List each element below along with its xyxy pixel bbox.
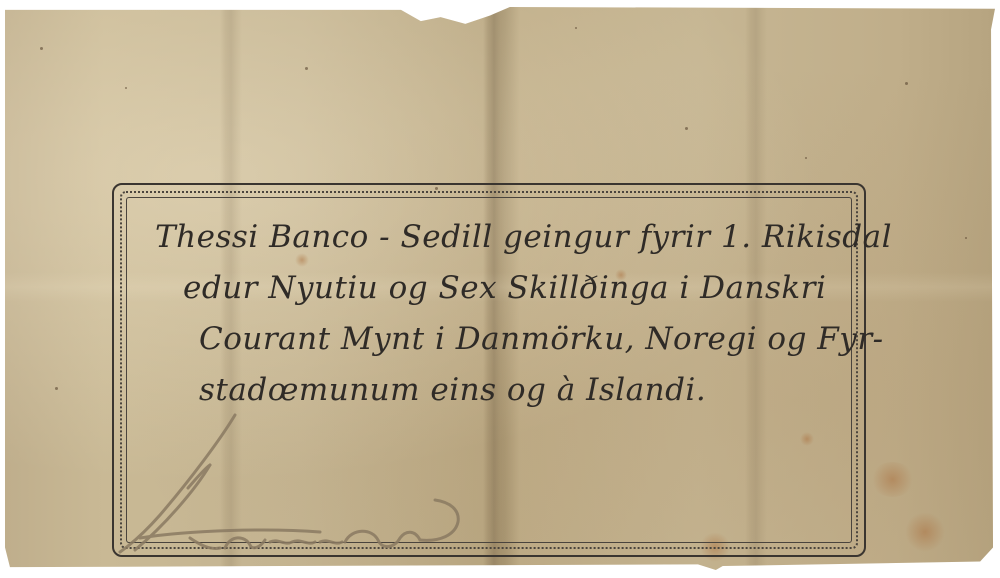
stain: [905, 512, 945, 552]
inscription-line-1: Thessi Banco - Sedill geingur fyrir 1. R…: [155, 212, 835, 263]
speck: [965, 237, 967, 239]
speck: [805, 157, 807, 159]
speck: [305, 67, 308, 70]
speck: [685, 127, 688, 130]
stain: [870, 462, 915, 497]
speck: [55, 387, 58, 390]
speck: [125, 87, 127, 89]
inscription-line-2: edur Nyutiu og Sex Skillðinga i Danskri: [155, 263, 835, 314]
speck: [575, 27, 577, 29]
inscription-line-4: stadœmunum eins og à Islandi.: [155, 365, 835, 416]
speck: [905, 82, 908, 85]
handwritten-signature: [110, 410, 500, 560]
speck: [40, 47, 43, 50]
inscription-line-3: Courant Mynt i Danmörku, Noregi og Fyr-: [155, 314, 835, 365]
inscription: Thessi Banco - Sedill geingur fyrir 1. R…: [155, 212, 835, 416]
